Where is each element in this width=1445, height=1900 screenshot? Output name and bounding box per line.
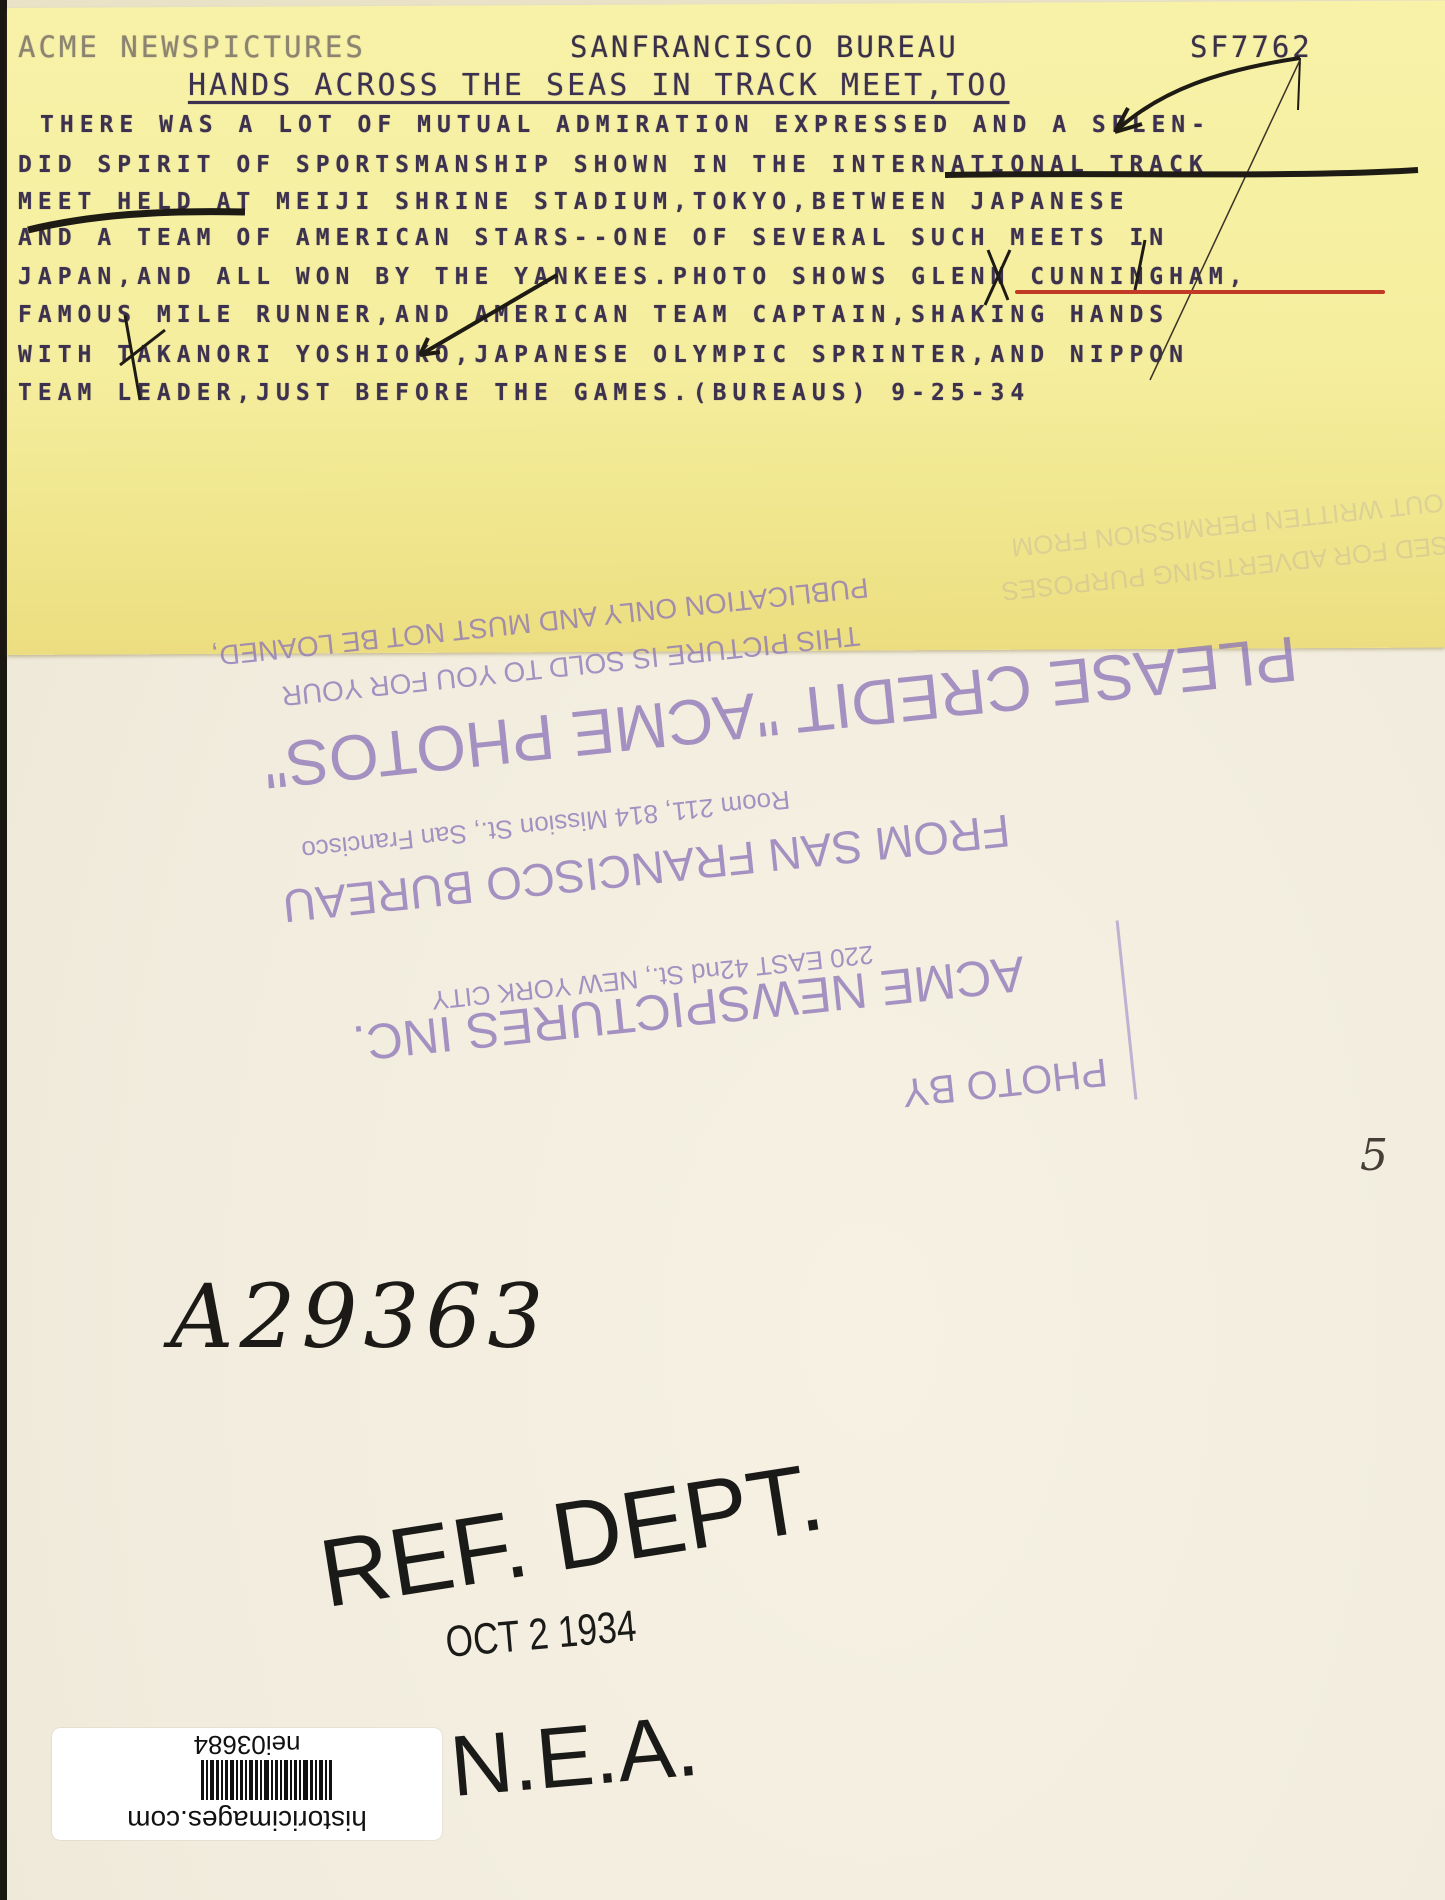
archive-number: A29363 bbox=[170, 1265, 550, 1368]
barcode-icon bbox=[162, 1760, 332, 1800]
label-site: historicimages.com bbox=[52, 1804, 442, 1836]
label-id: nei03684 bbox=[52, 1729, 442, 1760]
editor-pencil-marks bbox=[0, 0, 1445, 450]
red-underline bbox=[1015, 290, 1385, 294]
margin-mark: 5 bbox=[1360, 1130, 1388, 1181]
barcode-label: historicimages.com nei03684 bbox=[52, 1728, 442, 1840]
